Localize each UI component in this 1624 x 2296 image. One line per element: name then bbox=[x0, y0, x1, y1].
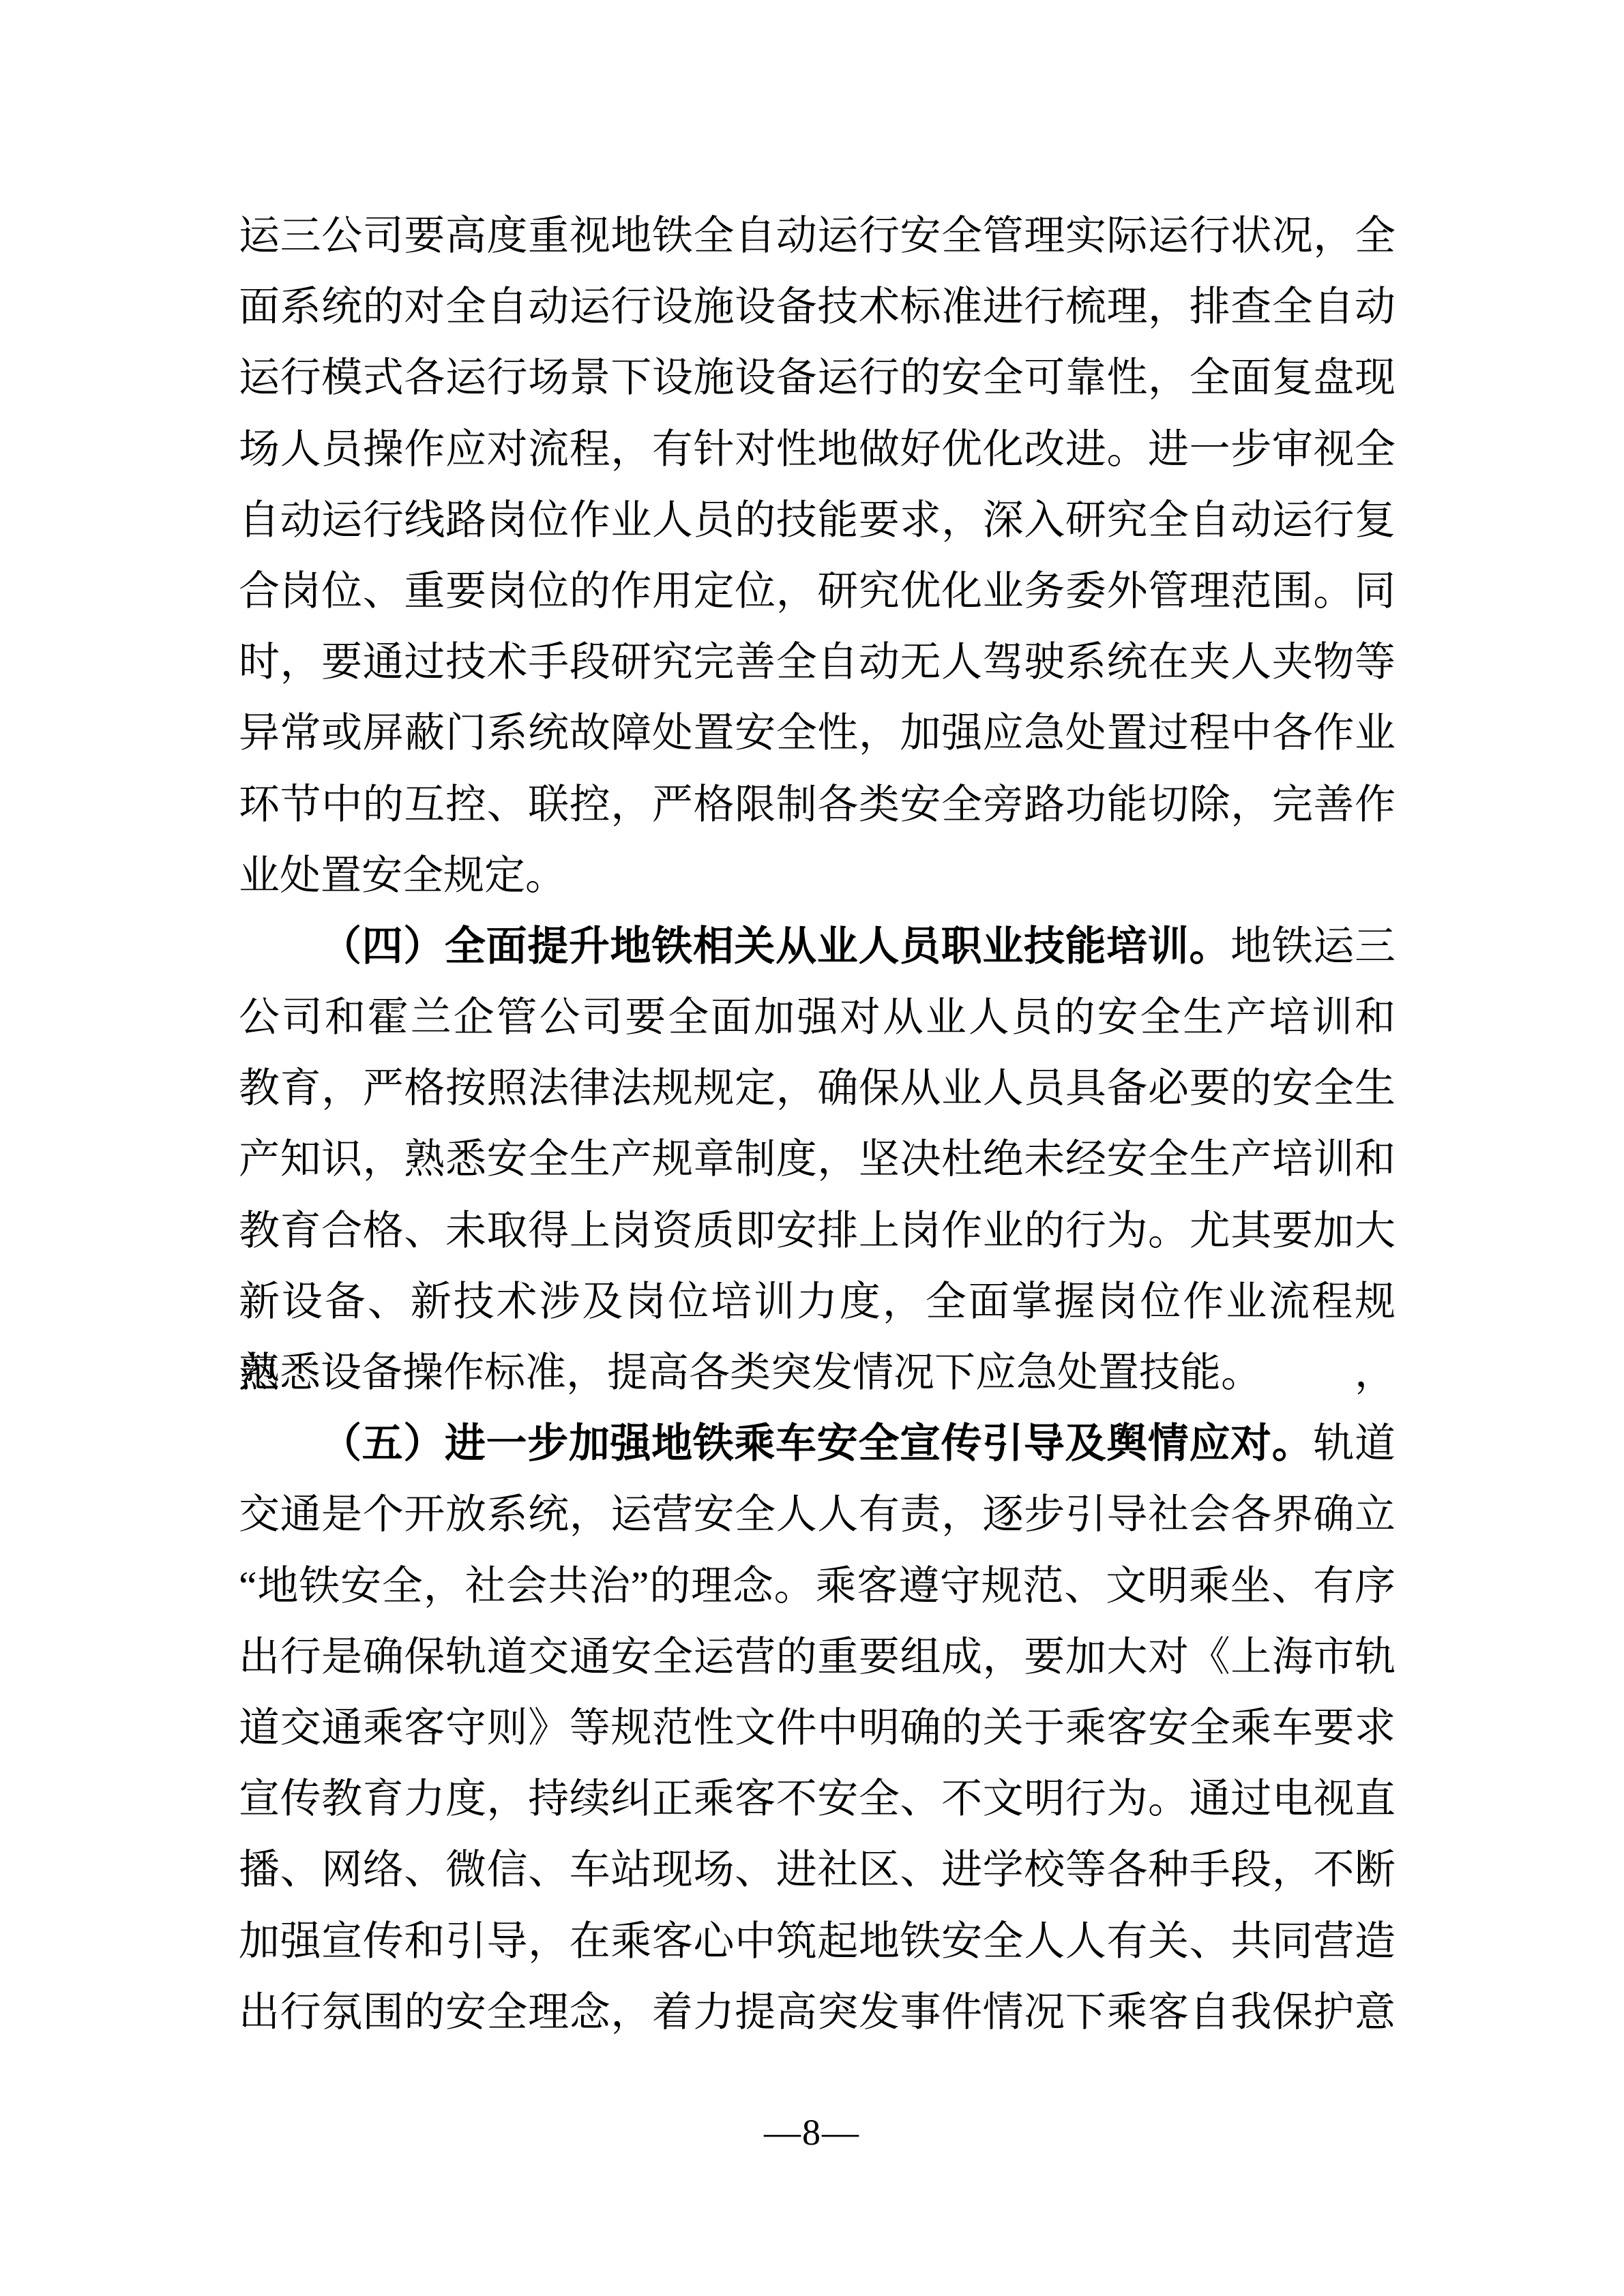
page-number: —8— bbox=[0, 2114, 1624, 2151]
body-text: 轨道 bbox=[1313, 1421, 1396, 1466]
text-line: 场人员操作应对流程，有针对性地做好优化改进。进一步审视全 bbox=[239, 414, 1396, 485]
body-text: 宣传教育力度，持续纠正乘客不安全、不文明行为。通过电视直 bbox=[239, 1776, 1396, 1821]
text-line: 环节中的互控、联控，严格限制各类安全旁路功能切除，完善作 bbox=[239, 769, 1396, 840]
text-line: 播、网络、微信、车站现场、进社区、进学校等各种手段，不断 bbox=[239, 1834, 1396, 1905]
text-line: 产知识，熟悉安全生产规章制度，坚决杜绝未经安全生产培训和 bbox=[239, 1124, 1396, 1195]
text-line: 熟悉设备操作标准，提高各类突发情况下应急处置技能。 bbox=[239, 1337, 1396, 1408]
text-line: （四）全面提升地铁相关从业人员职业技能培训。地铁运三 bbox=[239, 911, 1396, 982]
body-text: 教育，严格按照法律法规规定，确保从业人员具备必要的安全生 bbox=[239, 1066, 1396, 1111]
text-line: 教育合格、未取得上岗资质即安排上岗作业的行为。尤其要加大 bbox=[239, 1195, 1396, 1266]
text-line: 公司和霍兰企管公司要全面加强对从业人员的安全生产培训和 bbox=[239, 982, 1396, 1053]
body-text: 业处置安全规定。 bbox=[239, 853, 566, 898]
text-line: （五）进一步加强地铁乘车安全宣传引导及舆情应对。轨道 bbox=[239, 1408, 1396, 1479]
body-text: 出行氛围的安全理念，着力提高突发事件情况下乘客自我保护意 bbox=[239, 1990, 1396, 2035]
text-line: 新设备、新技术涉及岗位培训力度，全面掌握岗位作业流程规范， bbox=[239, 1266, 1396, 1337]
body-text: 教育合格、未取得上岗资质即安排上岗作业的行为。尤其要加大 bbox=[239, 1208, 1396, 1253]
text-line: 出行是确保轨道交通安全运营的重要组成，要加大对《上海市轨 bbox=[239, 1622, 1396, 1693]
body-text: 地铁运三 bbox=[1230, 924, 1396, 969]
body-text: 场人员操作应对流程，有针对性地做好优化改进。进一步审视全 bbox=[239, 427, 1396, 472]
body-text: 面系统的对全自动运行设施设备技术标准进行梳理，排查全自动 bbox=[239, 284, 1396, 329]
body-text: 运三公司要高度重视地铁全自动运行安全管理实际运行状况，全 bbox=[239, 213, 1396, 258]
body-text: 播、网络、微信、车站现场、进社区、进学校等各种手段，不断 bbox=[239, 1847, 1396, 1892]
text-line: 业处置安全规定。 bbox=[239, 840, 1396, 911]
document-body: 运三公司要高度重视地铁全自动运行安全管理实际运行状况，全面系统的对全自动运行设施… bbox=[239, 200, 1396, 2048]
body-text: 交通是个开放系统，运营安全人人有责，逐步引导社会各界确立 bbox=[239, 1492, 1396, 1537]
text-line: 教育，严格按照法律法规规定，确保从业人员具备必要的安全生 bbox=[239, 1053, 1396, 1124]
text-line: 时，要通过技术手段研究完善全自动无人驾驶系统在夹人夹物等 bbox=[239, 627, 1396, 698]
body-text: 加强宣传和引导，在乘客心中筑起地铁安全人人有关、共同营造 bbox=[239, 1919, 1396, 1964]
text-line: 加强宣传和引导，在乘客心中筑起地铁安全人人有关、共同营造 bbox=[239, 1906, 1396, 1977]
body-text: 出行是确保轨道交通安全运营的重要组成，要加大对《上海市轨 bbox=[239, 1635, 1396, 1680]
text-line: 合岗位、重要岗位的作用定位，研究优化业务委外管理范围。同 bbox=[239, 556, 1396, 627]
text-line: 运三公司要高度重视地铁全自动运行安全管理实际运行状况，全 bbox=[239, 200, 1396, 271]
body-text: 道交通乘客守则》等规范性文件中明确的关于乘客安全乘车要求 bbox=[239, 1705, 1396, 1750]
body-text: 时，要通过技术手段研究完善全自动无人驾驶系统在夹人夹物等 bbox=[239, 640, 1396, 685]
body-text: 合岗位、重要岗位的作用定位，研究优化业务委外管理范围。同 bbox=[239, 569, 1396, 614]
body-text: 环节中的互控、联控，严格限制各类安全旁路功能切除，完善作 bbox=[239, 782, 1396, 827]
document-page: 运三公司要高度重视地铁全自动运行安全管理实际运行状况，全面系统的对全自动运行设施… bbox=[0, 0, 1624, 2296]
text-line: 出行氛围的安全理念，着力提高突发事件情况下乘客自我保护意 bbox=[239, 1977, 1396, 2048]
body-text: 运行模式各运行场景下设施设备运行的安全可靠性，全面复盘现 bbox=[239, 355, 1396, 400]
section-heading-text: （五）进一步加强地铁乘车安全宣传引导及舆情应对。 bbox=[321, 1421, 1313, 1466]
body-text: “地铁安全，社会共治”的理念。乘客遵守规范、文明乘坐、有序 bbox=[239, 1564, 1396, 1609]
text-line: 运行模式各运行场景下设施设备运行的安全可靠性，全面复盘现 bbox=[239, 342, 1396, 413]
text-line: 道交通乘客守则》等规范性文件中明确的关于乘客安全乘车要求 bbox=[239, 1693, 1396, 1763]
text-line: 异常或屏蔽门系统故障处置安全性，加强应急处置过程中各作业 bbox=[239, 698, 1396, 769]
section-heading-text: （四）全面提升地铁相关从业人员职业技能培训。 bbox=[321, 924, 1230, 969]
text-line: 自动运行线路岗位作业人员的技能要求，深入研究全自动运行复 bbox=[239, 485, 1396, 556]
text-line: “地铁安全，社会共治”的理念。乘客遵守规范、文明乘坐、有序 bbox=[239, 1551, 1396, 1622]
text-line: 交通是个开放系统，运营安全人人有责，逐步引导社会各界确立 bbox=[239, 1479, 1396, 1550]
body-text: 熟悉设备操作标准，提高各类突发情况下应急处置技能。 bbox=[239, 1350, 1262, 1395]
body-text: 自动运行线路岗位作业人员的技能要求，深入研究全自动运行复 bbox=[239, 498, 1396, 543]
body-text: 异常或屏蔽门系统故障处置安全性，加强应急处置过程中各作业 bbox=[239, 711, 1396, 756]
text-line: 面系统的对全自动运行设施设备技术标准进行梳理，排查全自动 bbox=[239, 271, 1396, 342]
body-text: 公司和霍兰企管公司要全面加强对从业人员的安全生产培训和 bbox=[239, 995, 1396, 1040]
body-text: 产知识，熟悉安全生产规章制度，坚决杜绝未经安全生产培训和 bbox=[239, 1137, 1396, 1182]
text-line: 宣传教育力度，持续纠正乘客不安全、不文明行为。通过电视直 bbox=[239, 1763, 1396, 1834]
